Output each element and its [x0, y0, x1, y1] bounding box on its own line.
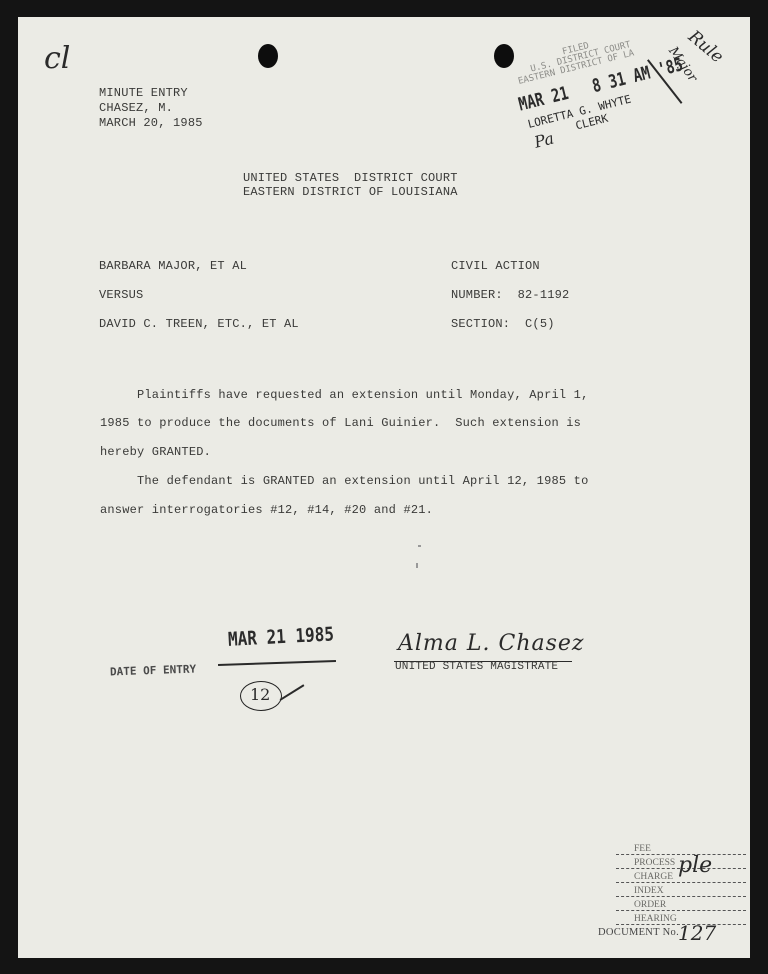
- body-line: The defendant is GRANTED an extension un…: [100, 474, 588, 488]
- routing-row-index: INDEX: [616, 885, 746, 897]
- entry-number: 12: [250, 685, 270, 704]
- entry-arrow: [280, 684, 305, 700]
- routing-initials: ple: [678, 853, 712, 878]
- entry-label: DATE OF ENTRY: [110, 663, 196, 679]
- routing-row-order: ORDER: [616, 899, 746, 911]
- header-line: MARCH 20, 1985: [99, 116, 203, 130]
- handwritten-initials: cl: [44, 41, 70, 76]
- caption-plaintiff: BARBARA MAJOR, ET AL: [99, 259, 247, 273]
- filed-stamp: FILED U.S. DISTRICT COURT EASTERN DISTRI…: [508, 22, 695, 187]
- magistrate-signature: Alma L. Chasez: [398, 631, 585, 656]
- document-page: cl Rule Major MINUTE ENTRY CHASEZ, M. MA…: [18, 17, 750, 958]
- entry-underline: [218, 660, 336, 666]
- header-line: CHASEZ, M.: [99, 101, 173, 115]
- caption-civil-action: CIVIL ACTION: [451, 259, 540, 273]
- document-number-label: DOCUMENT No.: [598, 927, 679, 938]
- magistrate-title: UNITED STATES MAGISTRATE: [395, 661, 558, 673]
- body-line: Plaintiffs have requested an extension u…: [100, 388, 588, 402]
- caption-section: SECTION: C(5): [451, 317, 555, 331]
- header-line: MINUTE ENTRY: [99, 86, 188, 100]
- paper-speck: [418, 545, 421, 547]
- caption-case-number: NUMBER: 82-1192: [451, 288, 569, 302]
- body-line: 1985 to produce the documents of Lani Gu…: [100, 416, 581, 430]
- document-number: 127: [678, 921, 716, 945]
- caption-versus: VERSUS: [99, 288, 143, 302]
- punch-hole-left: [258, 44, 278, 68]
- caption-defendant: DAVID C. TREEN, ETC., ET AL: [99, 317, 299, 331]
- entry-date: MAR 21 1985: [227, 622, 334, 650]
- clerk-initials: Pa: [532, 129, 556, 152]
- handwritten-note-rule: Rule: [684, 27, 727, 68]
- court-name-line1: UNITED STATES DISTRICT COURT: [243, 171, 458, 185]
- body-line: hereby GRANTED.: [100, 445, 211, 459]
- body-line: answer interrogatories #12, #14, #20 and…: [100, 503, 433, 517]
- court-name-line2: EASTERN DISTRICT OF LOUISIANA: [243, 185, 458, 199]
- paper-speck: [416, 563, 418, 568]
